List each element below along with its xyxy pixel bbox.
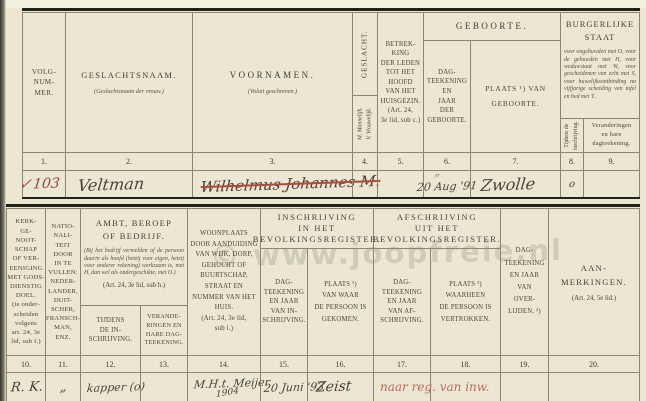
colnum-18: 18. bbox=[430, 355, 500, 372]
surname-value: Veltman bbox=[77, 173, 145, 194]
colnum-6: 6. bbox=[423, 152, 470, 170]
entry-geslachtsnaam: Veltman bbox=[65, 170, 192, 197]
entry-geboorte-datum: 〃 20 Aug '91 bbox=[423, 170, 470, 197]
col-header-geslacht-legend: M. Mannelijk. V. Vrouwelijk. bbox=[352, 95, 377, 152]
col-header-aanmerkingen: AAN- MERKINGEN. (Art. 24, 5e lid.) bbox=[548, 208, 640, 355]
inschrijving-title: INSCHRIJVING IN HET BEVOLKINGSREGISTER. bbox=[253, 212, 382, 246]
top-table-top-rule bbox=[22, 8, 640, 11]
col-header-inschrijving-datum: DAG- TEEKENING EN JAAR VAN IN- SCHRIJVIN… bbox=[260, 248, 307, 355]
colnum-7: 7. bbox=[470, 152, 560, 170]
bottom-table-top-rule bbox=[6, 204, 640, 207]
col-header-afschrijving-plaats: PLAATS ¹) WAARHEEN DE PERSOON IS VERTROK… bbox=[430, 248, 500, 355]
transfer-note-value: naar reg. van inw. bbox=[380, 380, 489, 394]
colnum-9: 9. bbox=[583, 152, 640, 170]
entry-beroep-veranderingen bbox=[140, 372, 187, 401]
colnum-4: 4. bbox=[352, 152, 377, 170]
entry-nationaliteit: „ bbox=[45, 372, 80, 401]
checkmark: ✓ bbox=[18, 175, 33, 193]
top-table-bottom-rule bbox=[22, 197, 640, 199]
register-scan-page: © www.joopfreie.nl VOLG- NUM- MER. GESLA… bbox=[0, 0, 646, 401]
voornamen-title: VOORNAMEN. bbox=[230, 69, 316, 83]
geslachtsnaam-title: GESLACHTSNAAM. bbox=[81, 69, 176, 82]
group-header-burgerlijke-staat: BURGERLIJKE STAAT voor ongehuwden met O,… bbox=[560, 12, 640, 118]
entry-beroep: kapper (o) bbox=[80, 372, 140, 401]
entry-aanmerkingen bbox=[548, 372, 640, 401]
geslacht-title: GESLACHT. bbox=[360, 30, 370, 78]
group-header-geboorte: GEBOORTE. bbox=[423, 12, 560, 40]
entry-woonplaats: M.H.t. Meijer 1904 bbox=[187, 372, 260, 401]
col-header-kerkgenootschap: KERK- GE- NOOT- SCHAP OF VER- EENIGING M… bbox=[6, 208, 45, 355]
colnum-8: 8. bbox=[560, 152, 583, 170]
colnum-16: 16. bbox=[307, 355, 373, 372]
entry-volgnummer: ✓ 103 bbox=[22, 170, 65, 197]
col-header-beroep-tijdens: TIJDENS DE IN- SCHRIJVING. bbox=[80, 305, 140, 355]
entry-overlijden bbox=[500, 372, 548, 401]
group-header-inschrijving: INSCHRIJVING IN HET BEVOLKINGSREGISTER. bbox=[260, 208, 373, 248]
burgerlijke-staat-note: voor ongehuwden met O, voor de gehuwden … bbox=[561, 49, 639, 101]
colnum-20: 20. bbox=[548, 355, 640, 372]
nationality-ditto: „ bbox=[59, 379, 67, 394]
burgerlijke-staat-title: BURGERLIJKE STAAT bbox=[566, 18, 634, 44]
col-header-staat-veranderingen: Veranderingen en hare dagteekening. bbox=[583, 118, 640, 152]
colnum-12: 12. bbox=[80, 355, 140, 372]
group-header-ambt: AMBT, BEROEP OF BEDRIJF. (Bij het bedrij… bbox=[80, 208, 187, 305]
ambt-artikel: (Art. 24, 3e lid, sub h.) bbox=[103, 282, 165, 289]
colnum-10: 10. bbox=[6, 355, 45, 372]
col-header-geboorte-plaats: PLAATS ¹) VAN GEBOORTE. bbox=[470, 40, 560, 152]
birthplace-value: Zwolle bbox=[480, 174, 536, 195]
voornamen-subtitle: (Voluit geschreven.) bbox=[245, 88, 300, 96]
group-header-afschrijving: AFSCHRIJVING UIT HET BEVOLKINGSREGISTER. bbox=[373, 208, 500, 248]
col-header-nationaliteit: NATIO- NALI- TEIT DOOR IN TE VULLEN: NED… bbox=[45, 208, 80, 355]
col-header-beroep-veranderingen: VERANDE- RINGEN EN HARE DAG- TEEKENING. bbox=[140, 305, 187, 355]
religion-value: R. K. bbox=[10, 379, 44, 395]
colnum-14: 14. bbox=[187, 355, 260, 372]
birthdate-value: 20 Aug '91 bbox=[416, 178, 478, 193]
entry-inschrijving-plaats: Zeist bbox=[307, 372, 373, 401]
col-header-woonplaats: WOONPLAATS DOOR AANDUIDING VAN WIJK, DOR… bbox=[187, 208, 260, 355]
colnum-19: 19. bbox=[500, 355, 548, 372]
colnum-2: 2. bbox=[65, 152, 192, 170]
col-header-geslachtsnaam: GESLACHTSNAAM. (Geslachtsnaam der vrouw.… bbox=[65, 12, 192, 152]
origin-place-value: Zeist bbox=[315, 378, 352, 395]
entry-number: 103 bbox=[32, 176, 61, 193]
col-header-geboorte-datum: DAG- TEEKENING EN JAAR DER GEBOORTE. bbox=[423, 40, 470, 152]
col-header-betrekking: BETREK- KING DER LEDEN TOT HET HOOFD VAN… bbox=[377, 12, 423, 152]
colnum-13: 13. bbox=[140, 355, 187, 372]
colnum-1: 1. bbox=[22, 152, 65, 170]
entry-geslacht bbox=[352, 170, 377, 197]
entry-staat-veranderingen bbox=[583, 170, 640, 197]
aanmerkingen-artikel: (Art. 24, 5e lid.) bbox=[572, 295, 616, 302]
entry-kerkgenootschap: R. K. bbox=[6, 372, 45, 401]
staat-tijdens-label: Tijdens de inschrijving. bbox=[563, 121, 580, 150]
col-header-volgnummer: VOLG- NUM- MER. bbox=[22, 12, 65, 152]
col-header-afschrijving-datum: DAG- TEEKENING EN JAAR VAN AF- SCHRIJVIN… bbox=[373, 248, 430, 355]
entry-geboorte-plaats: Zwolle bbox=[470, 170, 560, 197]
geslachtsnaam-subtitle: (Geslachtsnaam der vrouw.) bbox=[91, 88, 167, 96]
annotation-transfer-note: naar reg. van inw. bbox=[380, 378, 489, 396]
entry-inschrijving-datum: 20 Juni '93 bbox=[260, 372, 307, 401]
col-header-voornamen: VOORNAMEN. (Voluit geschreven.) bbox=[192, 12, 352, 152]
occupation-value: kapper (o) bbox=[86, 379, 145, 394]
civilstatus-value: o bbox=[568, 178, 575, 189]
colnum-15: 15. bbox=[260, 355, 307, 372]
ambt-note: (Bij het bedrijf vermelden of de persoon… bbox=[81, 248, 187, 278]
colnum-5: 5. bbox=[377, 152, 423, 170]
col-header-overlijden: DAG- TEEKENING EN JAAR VAN OVER- LIJDEN.… bbox=[500, 208, 548, 355]
col-header-staat-tijdens: Tijdens de inschrijving. bbox=[560, 118, 583, 152]
entry-burgerlijke-staat: o bbox=[560, 170, 583, 197]
colnum-17: 17. bbox=[373, 355, 430, 372]
afschrijving-title: AFSCHRIJVING UIT HET BEVOLKINGSREGISTER. bbox=[373, 212, 502, 246]
col-header-geslacht: GESLACHT. bbox=[352, 12, 377, 95]
colnum-3: 3. bbox=[192, 152, 352, 170]
paper-margin bbox=[0, 0, 646, 8]
aanmerkingen-title: AAN- MERKINGEN. bbox=[561, 262, 627, 288]
geslacht-legend: M. Mannelijk. V. Vrouwelijk. bbox=[356, 108, 373, 141]
ambt-title: AMBT, BEROEP OF BEDRIJF. bbox=[96, 217, 172, 243]
colnum-11: 11. bbox=[45, 355, 80, 372]
entry-voornamen: Wilhelmus Johannes M. bbox=[192, 170, 352, 197]
col-header-inschrijving-plaats: PLAATS ¹) VAN WAAR DE PERSOON IS GEKOMEN… bbox=[307, 248, 373, 355]
